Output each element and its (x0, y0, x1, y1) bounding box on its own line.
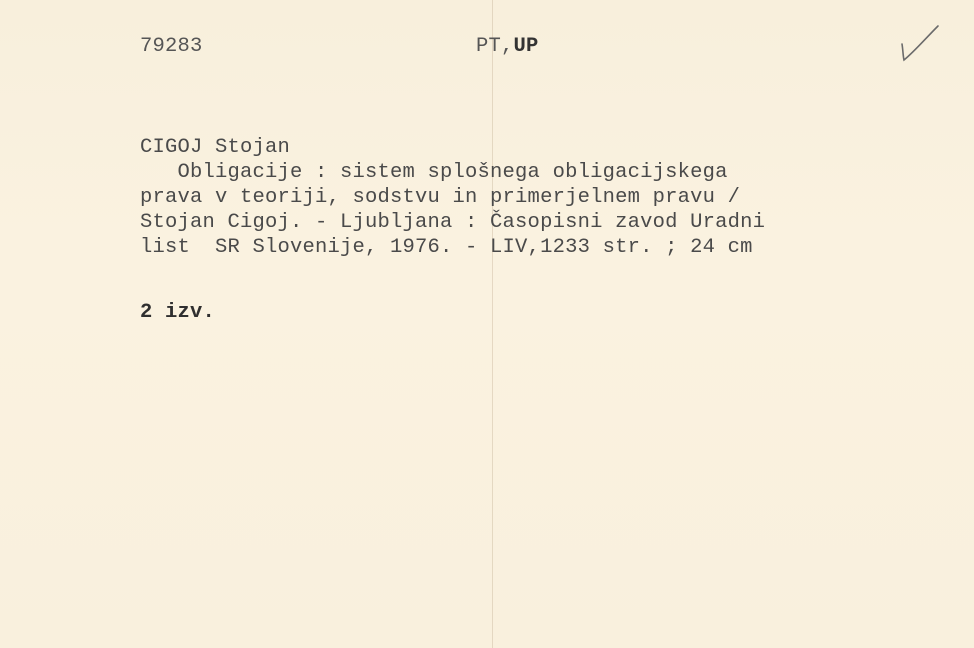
copies-note: 2 izv. (140, 301, 215, 325)
check-icon (896, 22, 946, 66)
location-codes: PT,UP (476, 35, 539, 59)
author-heading: CIGOJ Stojan (140, 136, 290, 160)
description-line: list SR Slovenije, 1976. - LIV,1233 str.… (140, 236, 753, 260)
accession-number: 79283 (140, 35, 203, 59)
location-code-prefix: PT, (476, 35, 514, 58)
catalog-card: 79283 PT,UP CIGOJ Stojan Obligacije : si… (0, 0, 974, 648)
location-code-suffix: UP (514, 35, 539, 58)
card-fold-line (492, 0, 493, 648)
description-line: Obligacije : sistem splošnega obligacijs… (140, 161, 728, 185)
description-line: prava v teoriji, sodstvu in primerjelnem… (140, 186, 740, 210)
description-line: Stojan Cigoj. - Ljubljana : Časopisni za… (140, 211, 765, 235)
